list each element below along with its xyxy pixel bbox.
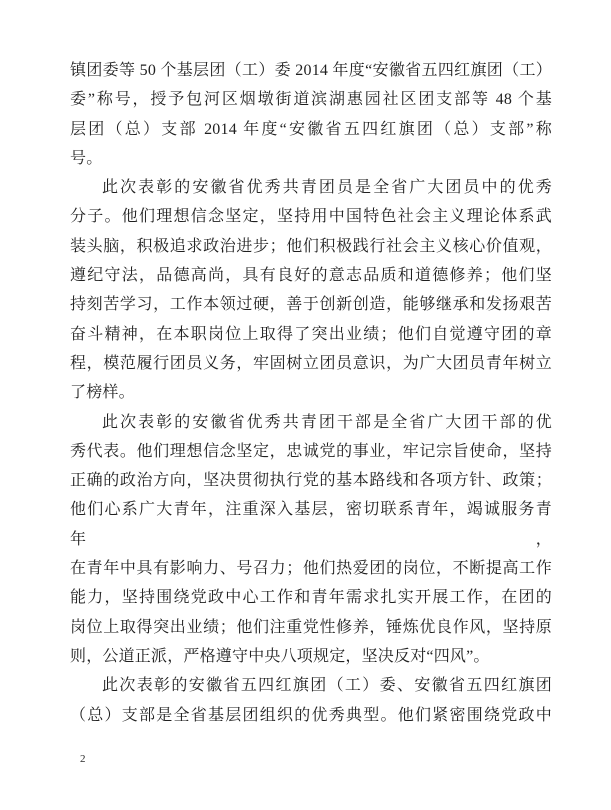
paragraph-1: 镇团委等 50 个基层团（工）委 2014 年度“安徽省五四红旗团（工） 委”称… bbox=[70, 56, 552, 173]
text-line: 装头脑，积极追求政治进步；他们积极践行社会主义核心价值观， bbox=[70, 232, 552, 261]
text-line: 正确的政治方向，坚决贯彻执行党的基本路线和各项方针、政策； bbox=[70, 466, 552, 495]
text-line: 秀代表。他们理想信念坚定，忠诚党的事业，牢记宗旨使命，坚持 bbox=[70, 437, 552, 466]
text-line: 分子。他们理想信念坚定，坚持用中国特色社会主义理论体系武 bbox=[70, 202, 552, 231]
text-line: 持刻苦学习，工作本领过硬，善于创新创造，能够继承和发扬艰苦 bbox=[70, 290, 552, 319]
text-line: 此次表彰的安徽省五四红旗团（工）委、安徽省五四红旗团 bbox=[70, 671, 552, 700]
text-line: 则，公道正派，严格遵守中央八项规定，坚决反对“四风”。 bbox=[70, 642, 552, 671]
text-line: 程，模范履行团员义务，牢固树立团员意识，为广大团员青年树立 bbox=[70, 349, 552, 378]
text-line: 了榜样。 bbox=[70, 378, 552, 407]
text-line: 能力，坚持围绕党政中心工作和青年需求扎实开展工作，在团的 bbox=[70, 583, 552, 612]
paragraph-4: 此次表彰的安徽省五四红旗团（工）委、安徽省五四红旗团 （总）支部是全省基层团组织… bbox=[70, 671, 552, 730]
text-line: 岗位上取得突出业绩；他们注重党性修养，锤炼优良作风，坚持原 bbox=[70, 613, 552, 642]
page-number: 2 bbox=[80, 752, 86, 766]
text-line: 层团（总）支部 2014 年度“安徽省五四红旗团（总）支部”称 bbox=[70, 115, 552, 144]
text-line: 号。 bbox=[70, 144, 552, 173]
text-line: 此次表彰的安徽省优秀共青团干部是全省广大团干部的优 bbox=[70, 408, 552, 437]
text-line: 遵纪守法，品德高尚，具有良好的意志品质和道德修养；他们坚 bbox=[70, 261, 552, 290]
text-line: 他们心系广大青年，注重深入基层，密切联系青年，竭诚服务青年， bbox=[70, 495, 552, 554]
text-line: （总）支部是全省基层团组织的优秀典型。他们紧密围绕党政中 bbox=[70, 701, 552, 730]
text-line: 委”称号，授予包河区烟墩街道滨湖惠园社区团支部等 48 个基 bbox=[70, 85, 552, 114]
text-line: 此次表彰的安徽省优秀共青团员是全省广大团员中的优秀 bbox=[70, 173, 552, 202]
text-line: 在青年中具有影响力、号召力；他们热爱团的岗位，不断提高工作 bbox=[70, 554, 552, 583]
paragraph-2: 此次表彰的安徽省优秀共青团员是全省广大团员中的优秀 分子。他们理想信念坚定，坚持… bbox=[70, 173, 552, 407]
document-body: 镇团委等 50 个基层团（工）委 2014 年度“安徽省五四红旗团（工） 委”称… bbox=[70, 56, 552, 730]
text-line: 镇团委等 50 个基层团（工）委 2014 年度“安徽省五四红旗团（工） bbox=[70, 56, 552, 85]
text-line: 奋斗精神，在本职岗位上取得了突出业绩；他们自觉遵守团的章 bbox=[70, 320, 552, 349]
document-page: 镇团委等 50 个基层团（工）委 2014 年度“安徽省五四红旗团（工） 委”称… bbox=[0, 0, 611, 810]
paragraph-3: 此次表彰的安徽省优秀共青团干部是全省广大团干部的优 秀代表。他们理想信念坚定，忠… bbox=[70, 408, 552, 672]
